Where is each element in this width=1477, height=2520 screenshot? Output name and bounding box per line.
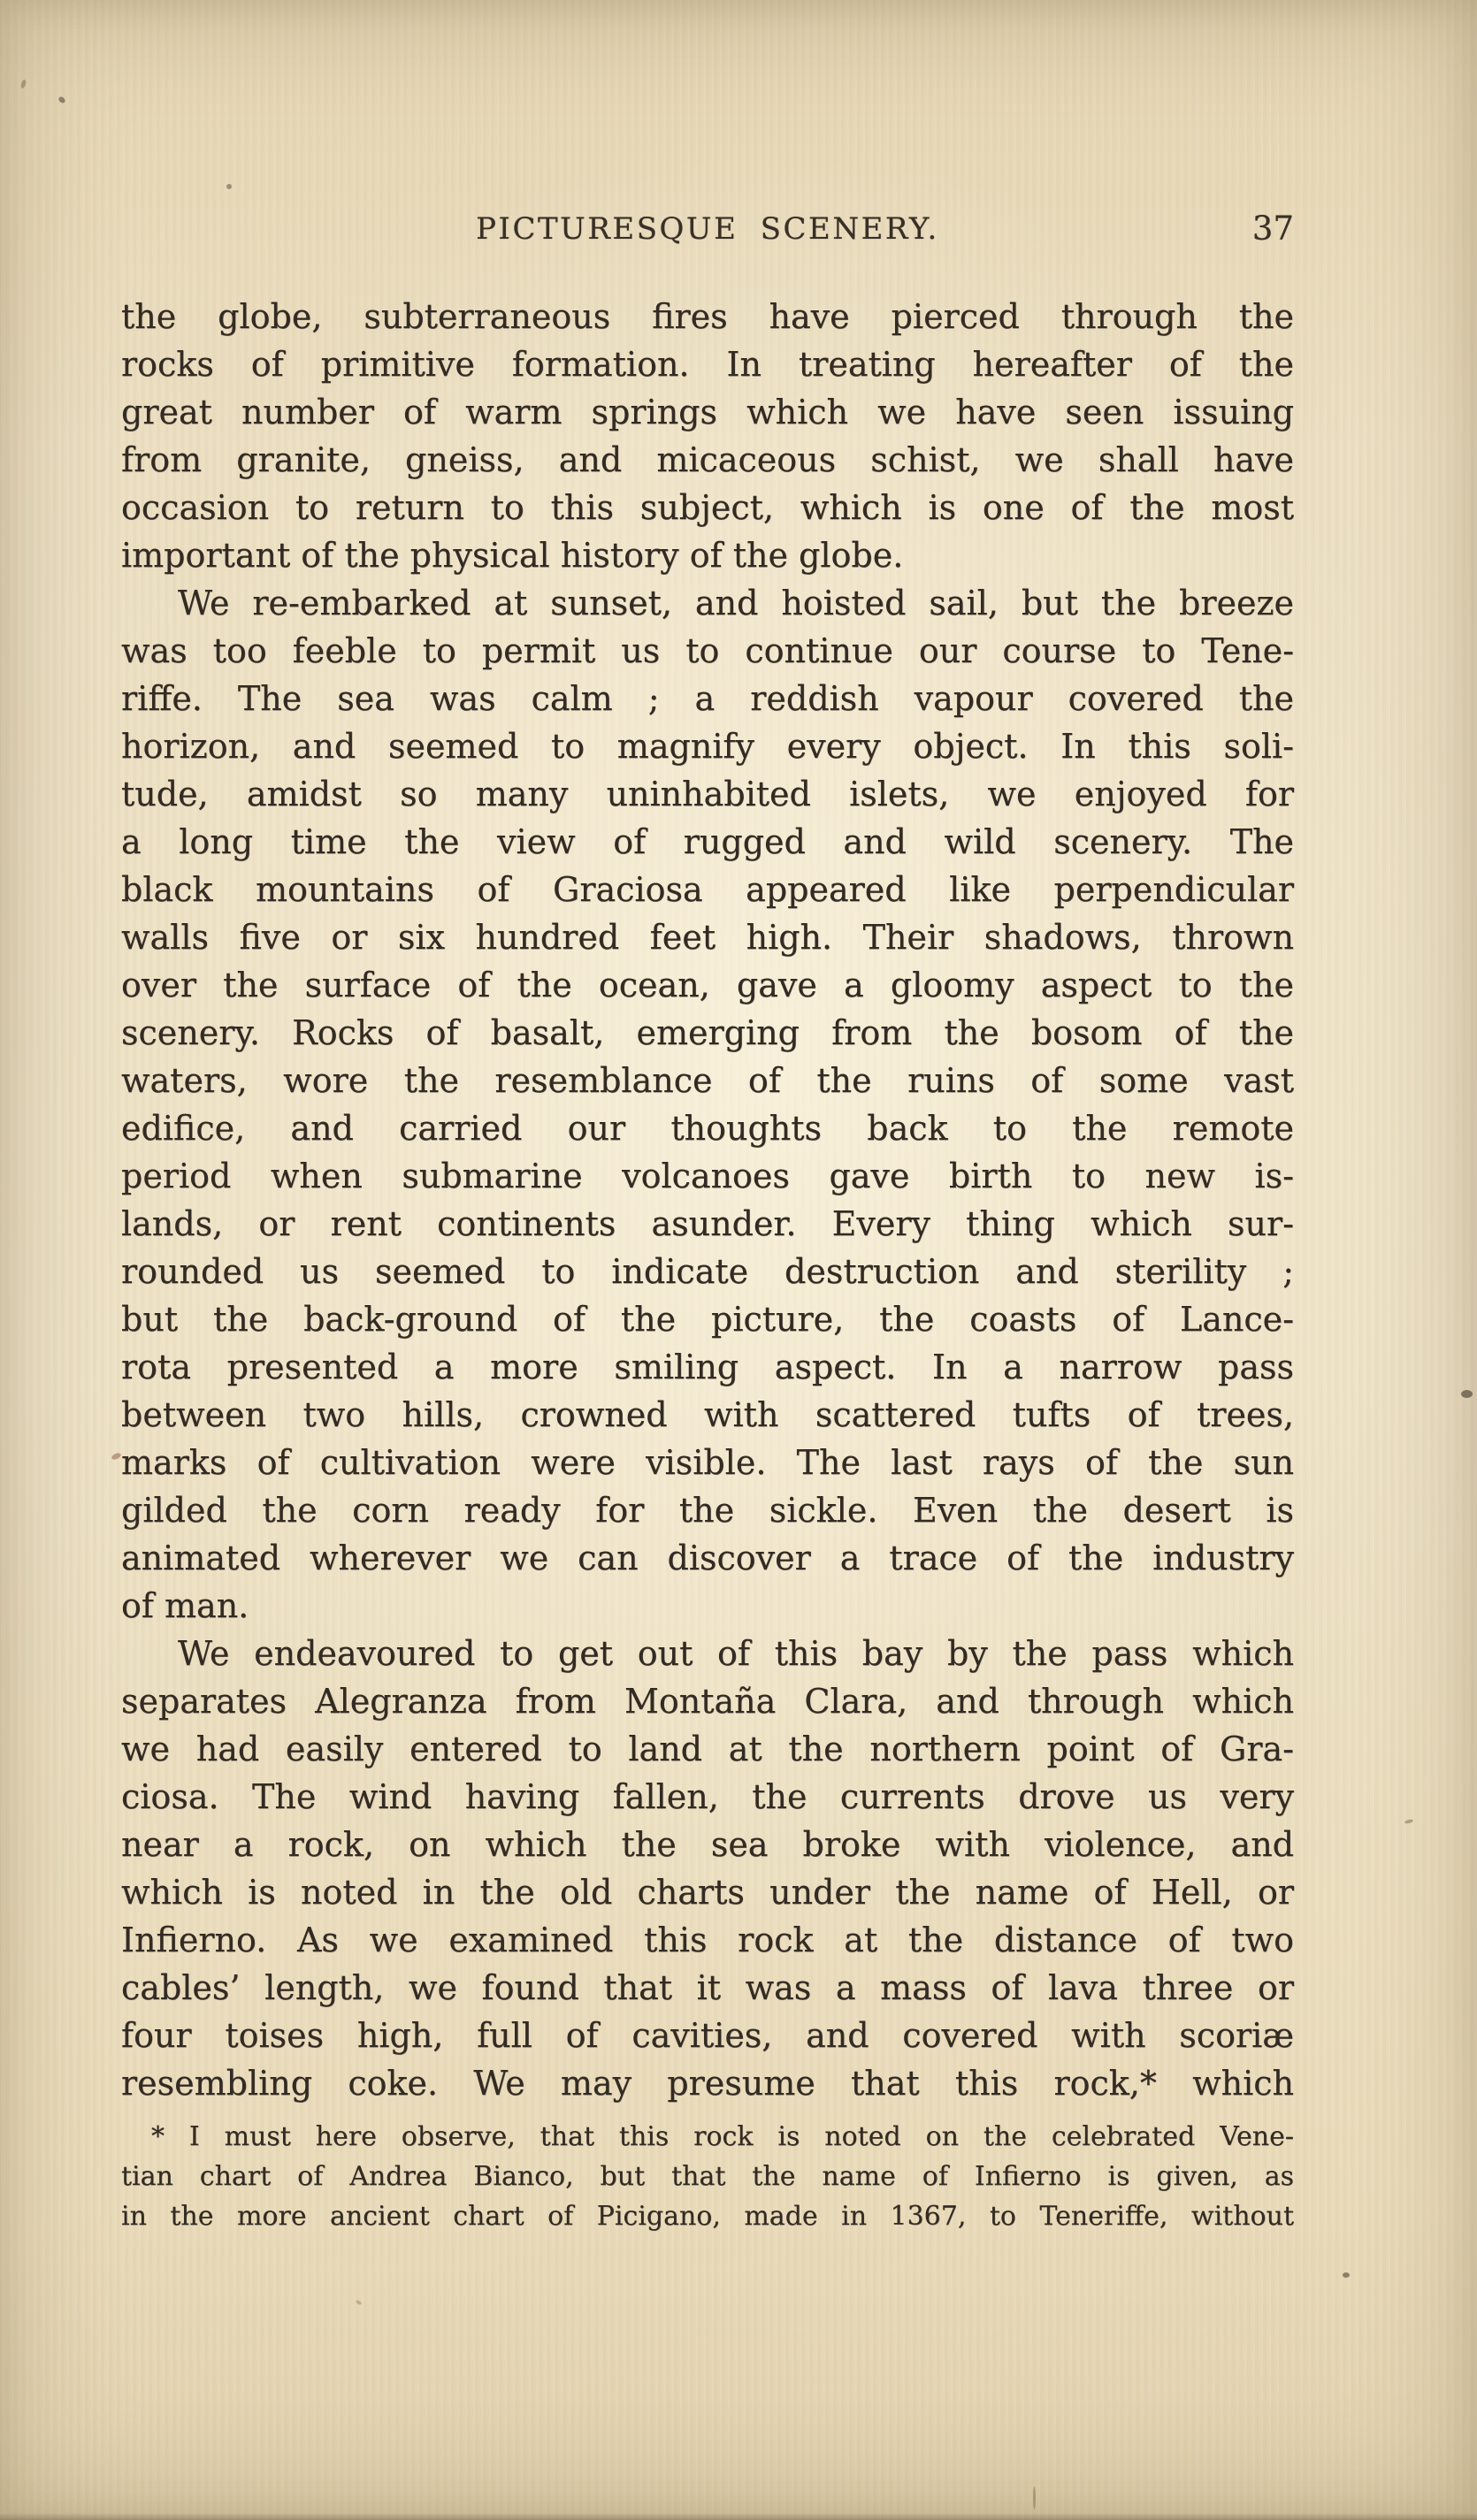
text-line: period when submarine volcanoes gave bir…	[121, 1152, 1294, 1200]
text-line: the globe, subterraneous fires have pier…	[121, 293, 1294, 340]
paper-speck	[57, 95, 66, 104]
running-head-title: PICTURESQUE SCENERY.	[121, 210, 1294, 248]
text-line: black mountains of Graciosa appeared lik…	[121, 866, 1294, 913]
text-line: separates Alegranza from Montaña Clara, …	[121, 1677, 1294, 1725]
text-line: * I must here observe, that this rock is…	[121, 2117, 1294, 2157]
text-line: ciosa. The wind having fallen, the curre…	[121, 1773, 1294, 1821]
paragraph-endeavoured: We endeavoured to get out of this bay by…	[121, 1630, 1294, 2107]
text-line: tian chart of Andrea Bianco, but that th…	[121, 2157, 1294, 2196]
text-line: near a rock, on which the sea broke with…	[121, 1821, 1294, 1868]
paper-speck	[226, 184, 232, 189]
text-line: We re-embarked at sunset, and hoisted sa…	[121, 579, 1294, 627]
text-line: resembling coke. We may presume that thi…	[121, 2059, 1294, 2107]
text-line: tude, amidst so many uninhabited islets,…	[121, 770, 1294, 818]
paragraph-continuation: the globe, subterraneous fires have pier…	[121, 293, 1294, 579]
paper-speck	[1343, 2272, 1350, 2278]
text-line: but the back-ground of the picture, the …	[121, 1295, 1294, 1343]
paper-speck	[355, 2300, 362, 2306]
text-line: gilded the corn ready for the sickle. Ev…	[121, 1486, 1294, 1534]
text-line: rocks of primitive formation. In treatin…	[121, 340, 1294, 388]
paper-speck	[1404, 1819, 1414, 1824]
text-line: lands, or rent continents asunder. Every…	[121, 1200, 1294, 1248]
body-text: the globe, subterraneous fires have pier…	[121, 293, 1294, 2107]
text-line: was too feeble to permit us to continue …	[121, 627, 1294, 675]
text-line: scenery. Rocks of basalt, emerging from …	[121, 1009, 1294, 1057]
page-header: PICTURESQUE SCENERY. 37	[121, 210, 1294, 248]
paragraph-reembarked: We re-embarked at sunset, and hoisted sa…	[121, 579, 1294, 1630]
text-line: marks of cultivation were visible. The l…	[121, 1439, 1294, 1486]
text-line: from granite, gneiss, and micaceous schi…	[121, 436, 1294, 484]
book-page-scan: PICTURESQUE SCENERY. 37 the globe, subte…	[0, 0, 1477, 2520]
text-line: cables’ length, we found that it was a m…	[121, 1964, 1294, 2012]
text-line: over the surface of the ocean, gave a gl…	[121, 961, 1294, 1009]
paper-speck	[1033, 2486, 1036, 2509]
text-line: we had easily entered to land at the nor…	[121, 1725, 1294, 1773]
text-line: a long time the view of rugged and wild …	[121, 818, 1294, 866]
text-line: walls five or six hundred feet high. The…	[121, 913, 1294, 961]
text-line: four toises high, full of cavities, and …	[121, 2012, 1294, 2059]
text-line: occasion to return to this subject, whic…	[121, 484, 1294, 531]
text-line: edifice, and carried our thoughts back t…	[121, 1104, 1294, 1152]
text-line: Infierno. As we examined this rock at th…	[121, 1916, 1294, 1964]
text-line: rota presented a more smiling aspect. In…	[121, 1343, 1294, 1391]
text-line: in the more ancient chart of Picigano, m…	[121, 2196, 1294, 2236]
text-line: rounded us seemed to indicate destructio…	[121, 1248, 1294, 1295]
text-line: of man.	[121, 1582, 1294, 1630]
text-line: great number of warm springs which we ha…	[121, 388, 1294, 436]
text-line: animated wherever we can discover a trac…	[121, 1534, 1294, 1582]
scan-bottom-edge	[0, 2513, 1477, 2520]
paper-speck	[111, 1452, 122, 1461]
text-line: riffe. The sea was calm ; a reddish vapo…	[121, 675, 1294, 722]
text-line: between two hills, crowned with scattere…	[121, 1391, 1294, 1439]
text-line: horizon, and seemed to magnify every obj…	[121, 722, 1294, 770]
page-number: 37	[1252, 210, 1294, 248]
text-line: waters, wore the resemblance of the ruin…	[121, 1057, 1294, 1104]
text-line: important of the physical history of the…	[121, 531, 1294, 579]
paper-speck	[20, 79, 27, 88]
footnote: * I must here observe, that this rock is…	[121, 2117, 1294, 2236]
text-line: We endeavoured to get out of this bay by…	[121, 1630, 1294, 1677]
paper-speck	[1461, 1390, 1473, 1398]
text-line: which is noted in the old charts under t…	[121, 1868, 1294, 1916]
